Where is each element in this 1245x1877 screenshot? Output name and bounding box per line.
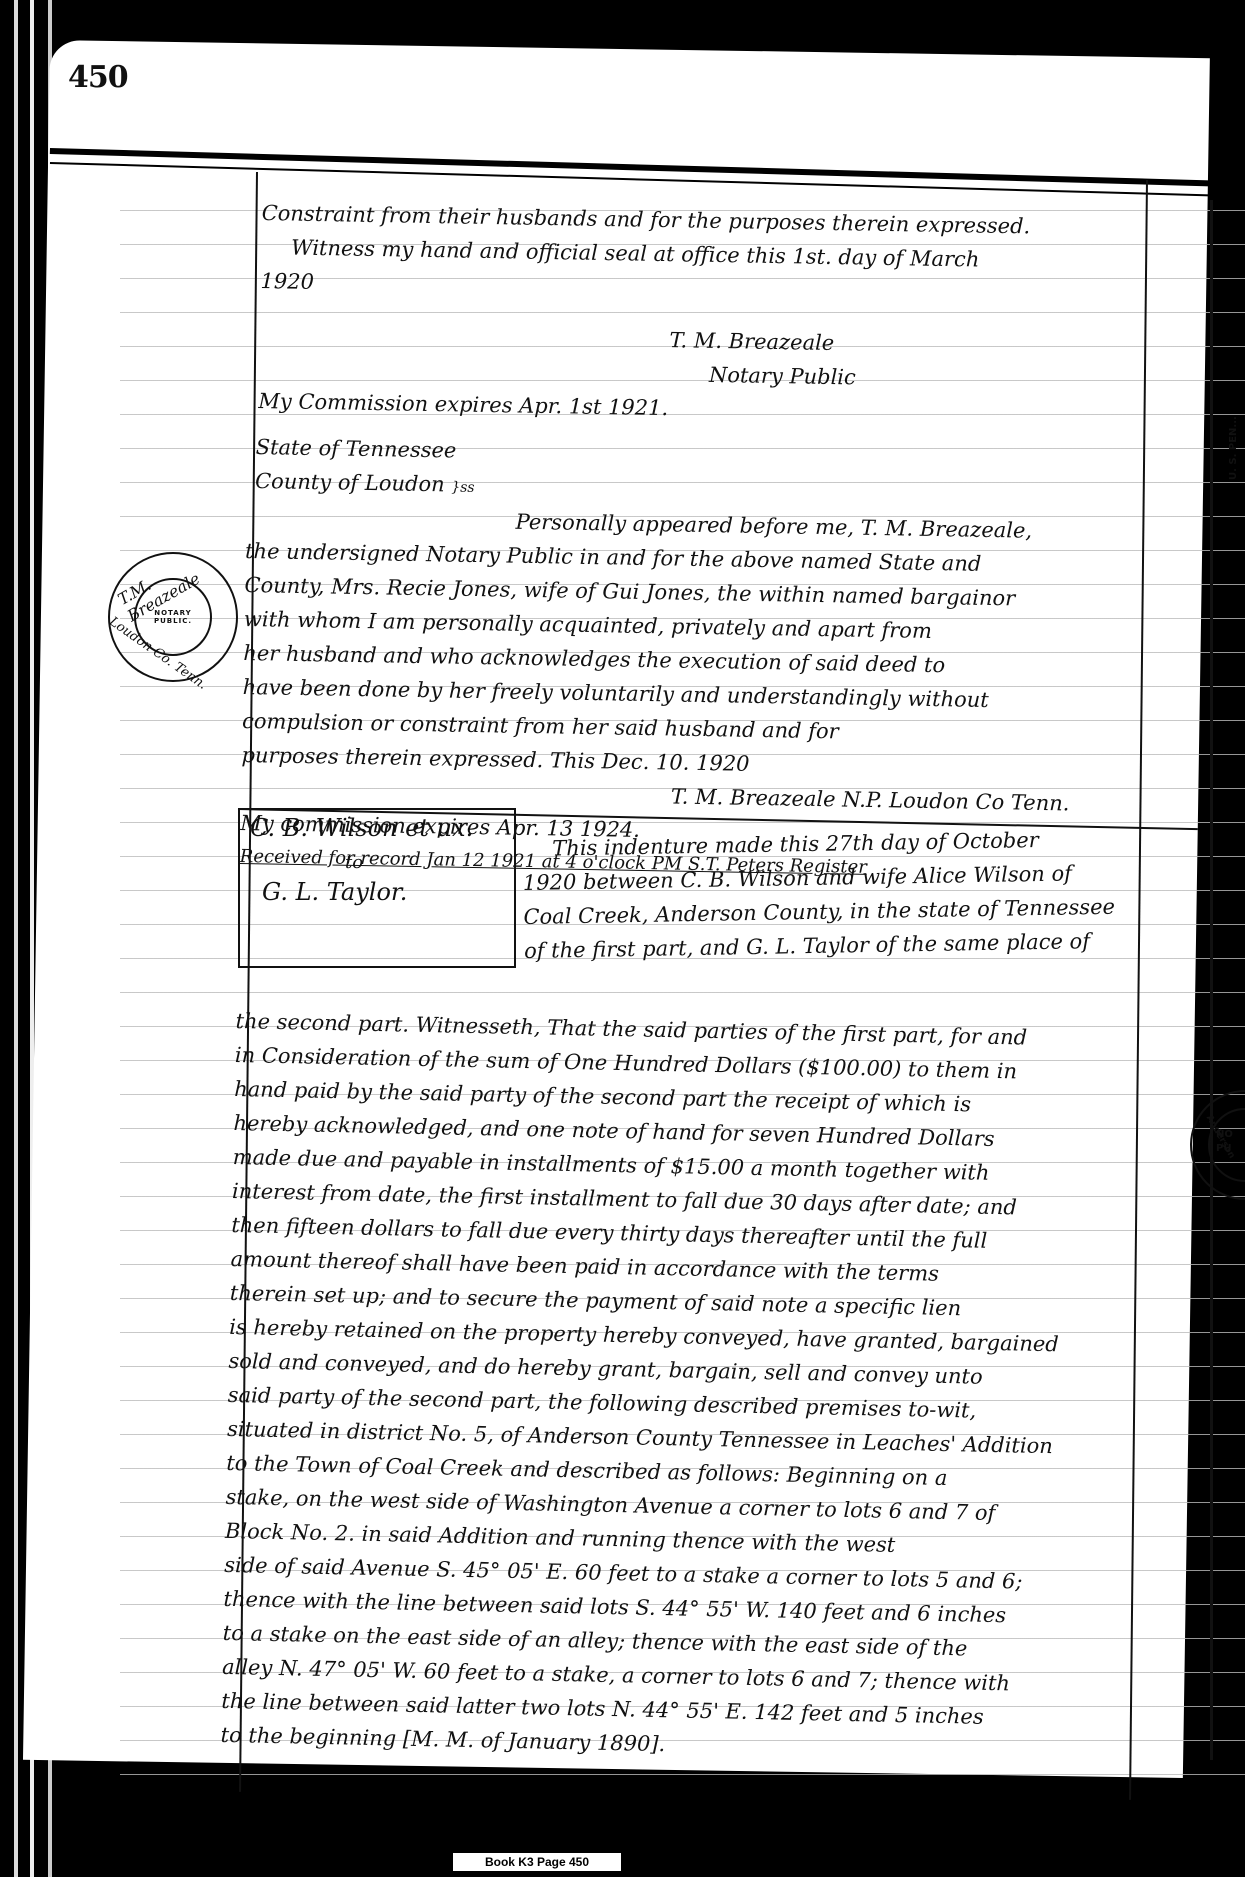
certificate-1-body: Constraint from their husbands and for t… bbox=[258, 196, 1030, 431]
deed-body: the second part. Witnesseth, That the sa… bbox=[220, 1004, 1065, 1769]
venue-county-label: County of Loudon bbox=[255, 469, 445, 496]
page-number: 450 bbox=[68, 60, 128, 95]
venue-ss: ss bbox=[460, 480, 475, 496]
certificate-2-venue: State of Tennessee County of Loudon }ss bbox=[255, 430, 476, 502]
caption-to: to bbox=[345, 852, 363, 873]
side-stamp: U. S. PEN... bbox=[1228, 416, 1239, 480]
caption-grantee: G. L. Taylor. bbox=[262, 878, 407, 906]
venue-county: County of Loudon }ss bbox=[255, 464, 475, 502]
page-reference-label: Book K3 Page 450 bbox=[453, 1853, 621, 1871]
page-edge-line bbox=[1210, 200, 1213, 1760]
seal-inner-text-1: NOTARY bbox=[154, 609, 192, 617]
notary-seal-left: T.M. Breazeale NOTARY PUBLIC. Loudon Co.… bbox=[108, 552, 238, 682]
deed-header: This indenture made this 27th day of Oct… bbox=[522, 822, 1116, 968]
caption-grantor: C. B. Wilson et ux. bbox=[250, 814, 473, 842]
seal-inner-text-2: PUBLIC. bbox=[154, 617, 192, 625]
venue-state: State of Tennessee bbox=[255, 430, 475, 468]
